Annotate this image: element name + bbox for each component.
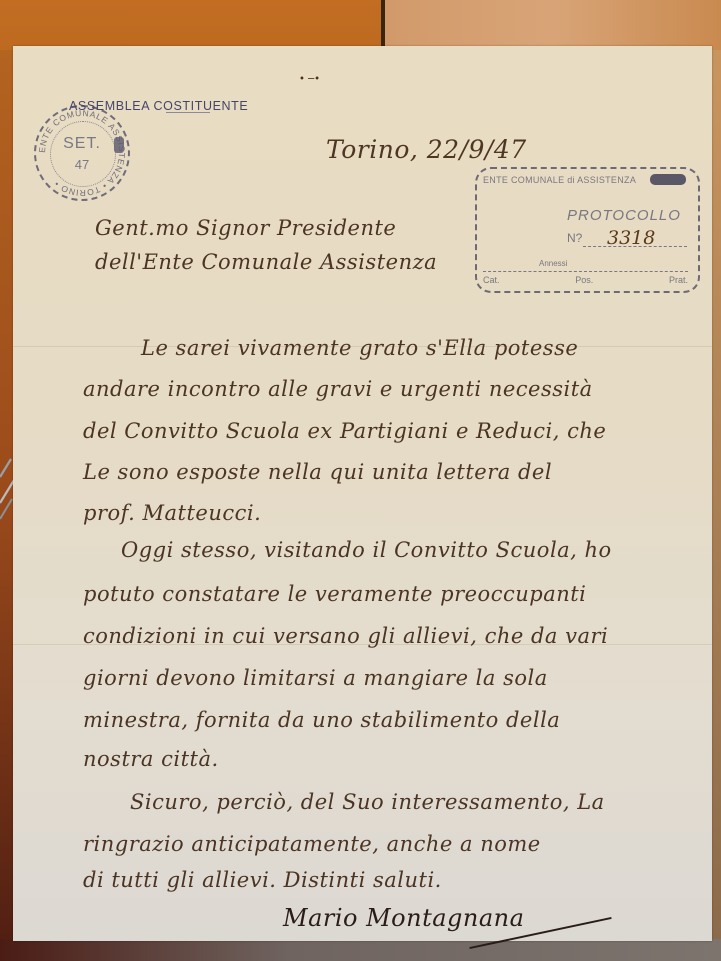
body-line: nostra città.: [83, 747, 219, 771]
salutation-line-1: Gent.mo Signor Presidente: [95, 216, 396, 240]
signature: Mario Montagnana: [283, 904, 524, 932]
protocol-number-label: N?: [567, 231, 582, 245]
body-line: Le sarei vivamente grato s'Ella potesse: [141, 336, 578, 360]
annex-label: Annessi: [539, 259, 567, 268]
body-line: del Convitto Scuola ex Partigiani e Redu…: [83, 419, 606, 443]
letter-page: • ─• ENTE COMUNALE ASSISTENZA • TORINO •…: [13, 46, 712, 941]
stamp-year: 47: [36, 157, 128, 172]
prat-label: Prat.: [669, 275, 688, 285]
letter-date: Torino, 22/9/47: [326, 135, 527, 164]
protocol-number: 3318: [607, 227, 655, 249]
body-line: Oggi stesso, visitando il Convitto Scuol…: [121, 538, 612, 562]
letterhead: ASSEMBLEA COSTITUENTE: [69, 99, 248, 113]
salutation-line-2: dell'Ente Comunale Assistenza: [95, 250, 437, 274]
ink-blot: [650, 174, 686, 185]
ink-marks: • ─•: [299, 74, 320, 85]
body-line: condizioni in cui versano gli allievi, c…: [83, 624, 608, 648]
body-line: prof. Matteucci.: [83, 501, 261, 525]
body-line: minestra, fornita da uno stabilimento de…: [83, 708, 560, 732]
classification-row: Cat. Pos. Prat.: [483, 275, 688, 285]
cat-label: Cat.: [483, 275, 500, 285]
body-line: giorni devono limitarsi a mangiare la so…: [83, 666, 548, 690]
protocol-org: ENTE COMUNALE di ASSISTENZA: [483, 175, 636, 185]
stamp-inner-ring: [50, 121, 116, 187]
protocol-label: PROTOCOLLO: [567, 207, 681, 224]
pos-label: Pos.: [575, 275, 593, 285]
stamp-month: SET.: [36, 135, 128, 153]
body-line: potuto constatare le veramente preoccupa…: [83, 582, 586, 606]
table-edge-bottom: [0, 939, 721, 961]
table-plank-right: [385, 0, 721, 50]
body-line: Sicuro, perciò, del Suo interessamento, …: [130, 790, 605, 814]
body-line: ringrazio anticipatamente, anche a nome: [83, 832, 541, 856]
table-plank-left: [0, 0, 383, 50]
round-date-stamp: ENTE COMUNALE ASSISTENZA • TORINO • SET.…: [34, 105, 130, 201]
body-line: di tutti gli allievi. Distinti saluti.: [83, 868, 442, 892]
body-line: Le sono esposte nella qui unita lettera …: [83, 460, 552, 484]
letterhead-rule: [166, 112, 210, 113]
annex-line: [483, 271, 688, 272]
body-line: andare incontro alle gravi e urgenti nec…: [83, 377, 593, 401]
protocol-stamp: ENTE COMUNALE di ASSISTENZA PROTOCOLLO N…: [475, 167, 700, 293]
